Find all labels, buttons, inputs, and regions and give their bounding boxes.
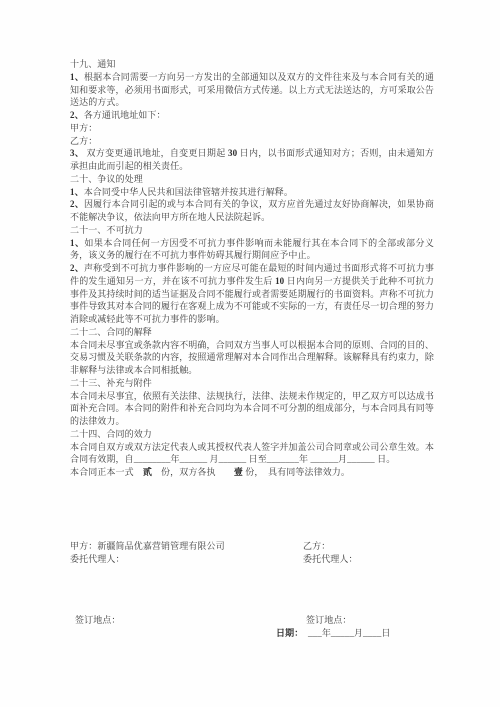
section-heading: 十九、通知 [70,58,434,71]
place-b-line: 签订地点： [276,614,434,627]
place-a-label: 签订地点： [75,615,121,625]
text-run: 份， 具有同等法律效力。 [243,467,350,477]
date-line: 日期： ___年_____月____日 [276,627,434,640]
clause-number: 3、 [70,148,84,158]
text-run: 本合同未尽事宜或条款内容不明确，合同双方当事人可以根据本合同的原则、合同的目的、… [70,340,434,376]
agent-b-label: 委托代理人： [303,554,358,564]
section-23-supplements: 二十三、补充与附件 本合同未尽事宜，依照有关法律、法规执行，法律、法规未作规定的… [70,377,434,428]
paragraph: 1、如果本合同任何一方因受不可抗力事件影响而未能履行其在本合同下的全部或部分义务… [70,237,434,263]
text-run: 双方变更通讯地址，自变更日期起 [84,148,228,158]
party-b-signature-column: 乙方： 委托代理人： [276,540,434,566]
place-a-column: 签订地点： [70,614,276,640]
paragraph: 本合同自双方或双方法定代表人或其授权代表人签字并加盖公司合同章或公司公章生效。本… [70,441,434,467]
signature-block: 甲方：新疆简品优嘉营销管理有限公司 委托代理人： 乙方： 委托代理人： [70,540,434,566]
paragraph: 1、本合同受中华人民共和国法律管辖并按其进行解释。 [70,186,434,199]
party-b-line: 乙方： [276,540,434,553]
agent-b-line: 委托代理人： [276,553,434,566]
emphasis-number: 10 [275,276,284,286]
clause-number: 1、 [70,187,84,197]
paragraph: 2、各方通讯地址如下： [70,109,434,122]
text-run: 本合同自双方或双方法定代表人或其授权代表人签字并加盖公司合同章或公司公章生效。本… [70,442,434,465]
place-a-line: 签订地点： [70,614,276,627]
date-blank-fields: ___年_____月____日 [308,628,391,638]
text-run: 份，双方各执 [152,467,234,477]
clause-number: 2、 [70,110,84,120]
party-b-label: 乙方： [303,541,330,551]
text-run: 各方通讯地址如下： [84,110,166,120]
clause-number: 1、 [70,72,84,82]
copies-each-count: 壹 [234,467,243,477]
text-run: 根据本合同需要一方向另一方发出的全部通知以及双方的文件往来及与本合同有关的通知和… [70,72,434,108]
text-run: 因履行本合同引起的或与本合同有关的争议，双方应首先通过友好协商解决，如果协商不能… [70,199,434,222]
text-run: 甲方： [70,123,97,133]
text-run: 本合同受中华人民共和国法律管辖并按其进行解释。 [84,187,293,197]
text-run: 本合同正本一式 [70,467,143,477]
section-heading: 二十二、合同的解释 [70,326,434,339]
party-a-address-line: 甲方： [70,122,434,135]
party-a-company-name: 新疆简品优嘉营销管理有限公司 [97,541,224,551]
section-19-notice: 十九、通知 1、根据本合同需要一方向另一方发出的全部通知以及双方的文件往来及与本… [70,58,434,173]
section-22-interpretation: 二十二、合同的解释 本合同未尽事宜或条款内容不明确，合同双方当事人可以根据本合同… [70,326,434,377]
copies-count: 贰 [143,467,152,477]
clause-number: 2、 [70,199,84,209]
place-b-column: 签订地点： 日期： ___年_____月____日 [276,614,434,640]
section-24-effectiveness: 二十四、合同的效力 本合同自双方或双方法定代表人或其授权代表人签字并加盖公司合同… [70,428,434,479]
clause-number: 1、 [70,238,84,248]
contract-body: 十九、通知 1、根据本合同需要一方向另一方发出的全部通知以及双方的文件往来及与本… [70,58,434,641]
party-a-line: 甲方：新疆简品优嘉营销管理有限公司 [70,540,276,553]
emphasis-number: 30 [228,148,237,158]
section-20-disputes: 二十、争议的处理 1、本合同受中华人民共和国法律管辖并按其进行解释。 2、因履行… [70,173,434,224]
date-label: 日期： [276,628,303,638]
section-21-force-majeure: 二十一、不可抗力 1、如果本合同任何一方因受不可抗力事件影响而未能履行其在本合同… [70,224,434,326]
paragraph: 本合同未尽事宜，依照有关法律、法规执行，法律、法规未作规定的，甲乙双方可以达成书… [70,390,434,428]
paragraph: 3、 双方变更通讯地址，自变更日期起 30 日内，以书面形式通知对方；否则，由未… [70,147,434,173]
agent-a-line: 委托代理人： [70,553,276,566]
contract-page: 十九、通知 1、根据本合同需要一方向另一方发出的全部通知以及双方的文件往来及与本… [0,0,500,707]
section-heading: 二十四、合同的效力 [70,428,434,441]
signing-place-block: 签订地点： 签订地点： 日期： ___年_____月____日 [70,614,434,640]
clause-number: 2、 [70,263,84,273]
section-heading: 二十、争议的处理 [70,173,434,186]
paragraph: 本合同未尽事宜或条款内容不明确，合同双方当事人可以根据本合同的原则、合同的目的、… [70,339,434,377]
paragraph: 本合同正本一式 贰 份，双方各执 壹 份， 具有同等法律效力。 [70,466,434,479]
paragraph: 1、根据本合同需要一方向另一方发出的全部通知以及双方的文件往来及与本合同有关的通… [70,71,434,109]
paragraph: 2、因履行本合同引起的或与本合同有关的争议，双方应首先通过友好协商解决，如果协商… [70,198,434,224]
place-b-label: 签订地点： [306,615,352,625]
party-a-signature-column: 甲方：新疆简品优嘉营销管理有限公司 委托代理人： [70,540,276,566]
text-run: 如果本合同任何一方因受不可抗力事件影响而未能履行其在本合同下的全部或部分义务，该… [70,238,434,261]
text-run: 本合同未尽事宜，依照有关法律、法规执行，法律、法规未作规定的，甲乙双方可以达成书… [70,391,434,427]
text-run: 乙方： [70,136,97,146]
section-heading: 二十三、补充与附件 [70,377,434,390]
section-heading: 二十一、不可抗力 [70,224,434,237]
paragraph: 2、声称受到不可抗力事件影响的一方应尽可能在最短的时间内通过书面形式将不可抗力事… [70,262,434,326]
party-b-address-line: 乙方： [70,135,434,148]
agent-a-label: 委托代理人： [70,554,125,564]
party-a-label: 甲方： [70,541,97,551]
